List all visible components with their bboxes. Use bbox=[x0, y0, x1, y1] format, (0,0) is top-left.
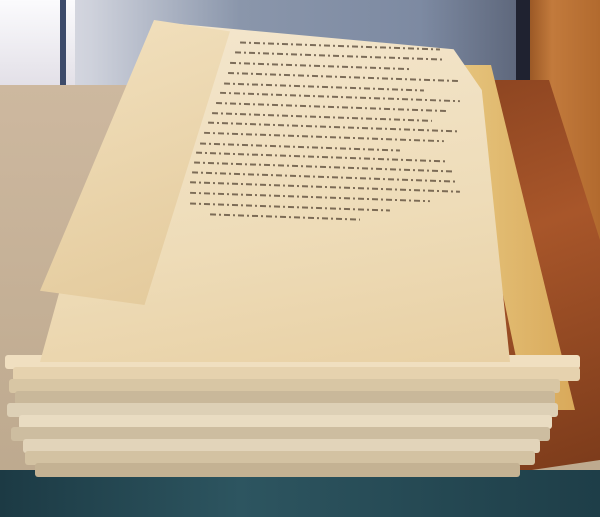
paper-stack-layers bbox=[5, 355, 580, 490]
paper-layer bbox=[35, 463, 520, 477]
shelf-edge bbox=[60, 0, 66, 85]
photo-scene: Photograph of a tall stack of aged, yell… bbox=[0, 0, 600, 517]
handwritten-text bbox=[190, 40, 470, 220]
dark-box-edge bbox=[516, 0, 530, 90]
